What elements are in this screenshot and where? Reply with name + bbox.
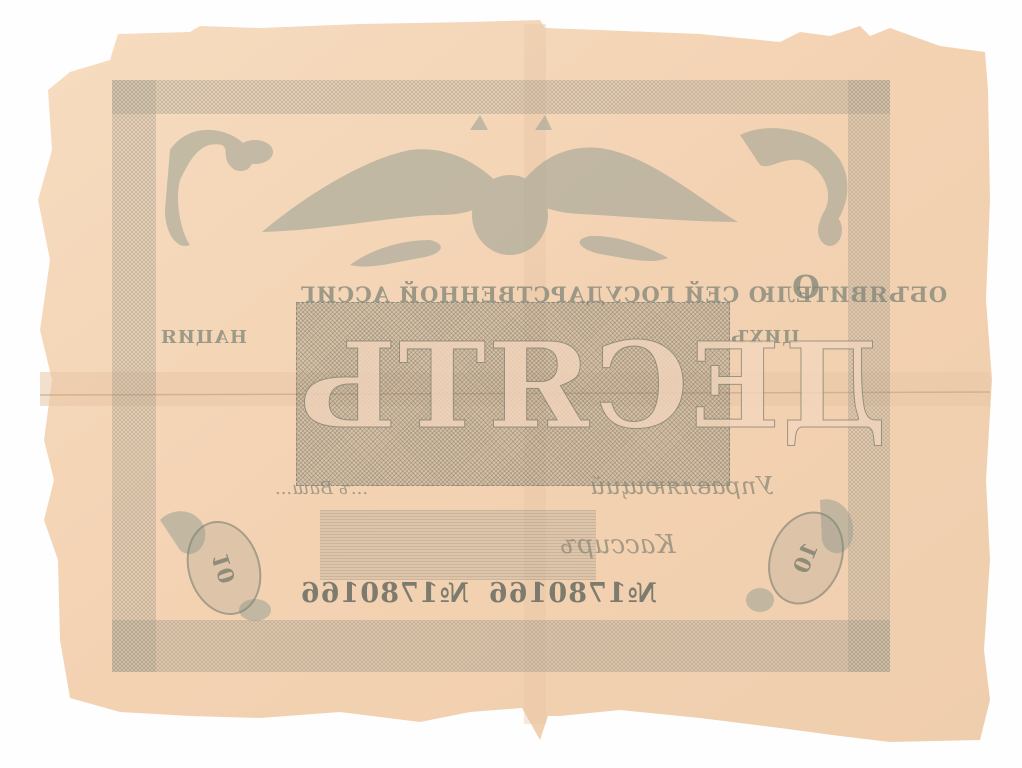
signature-line-1: ...ъ Ваш... [275,478,368,499]
cartouche-right-value: 10 [788,539,824,577]
header-line-2-left: НАЦИЯ [160,327,247,348]
denomination-word: ДЕСЯТЬ [297,327,729,445]
denomination-text: ДЕСЯТЬ [297,327,887,445]
signature-panel [320,510,596,580]
cartouche-left-value: 10 [207,549,241,586]
serial-number-right: №1780166 [488,578,657,609]
banknote: О ОБЪЯВИТЕЛЮ СЕЙ ГОСУДАРСТВЕННОЙ АССИГ Н… [0,0,1022,768]
signature-line-3: Кассиръ [560,530,675,560]
denomination-panel: ДЕСЯТЬ [296,302,730,486]
serial-number-left: №1780166 [300,578,469,609]
signature-line-2: Управляющий [590,472,774,500]
